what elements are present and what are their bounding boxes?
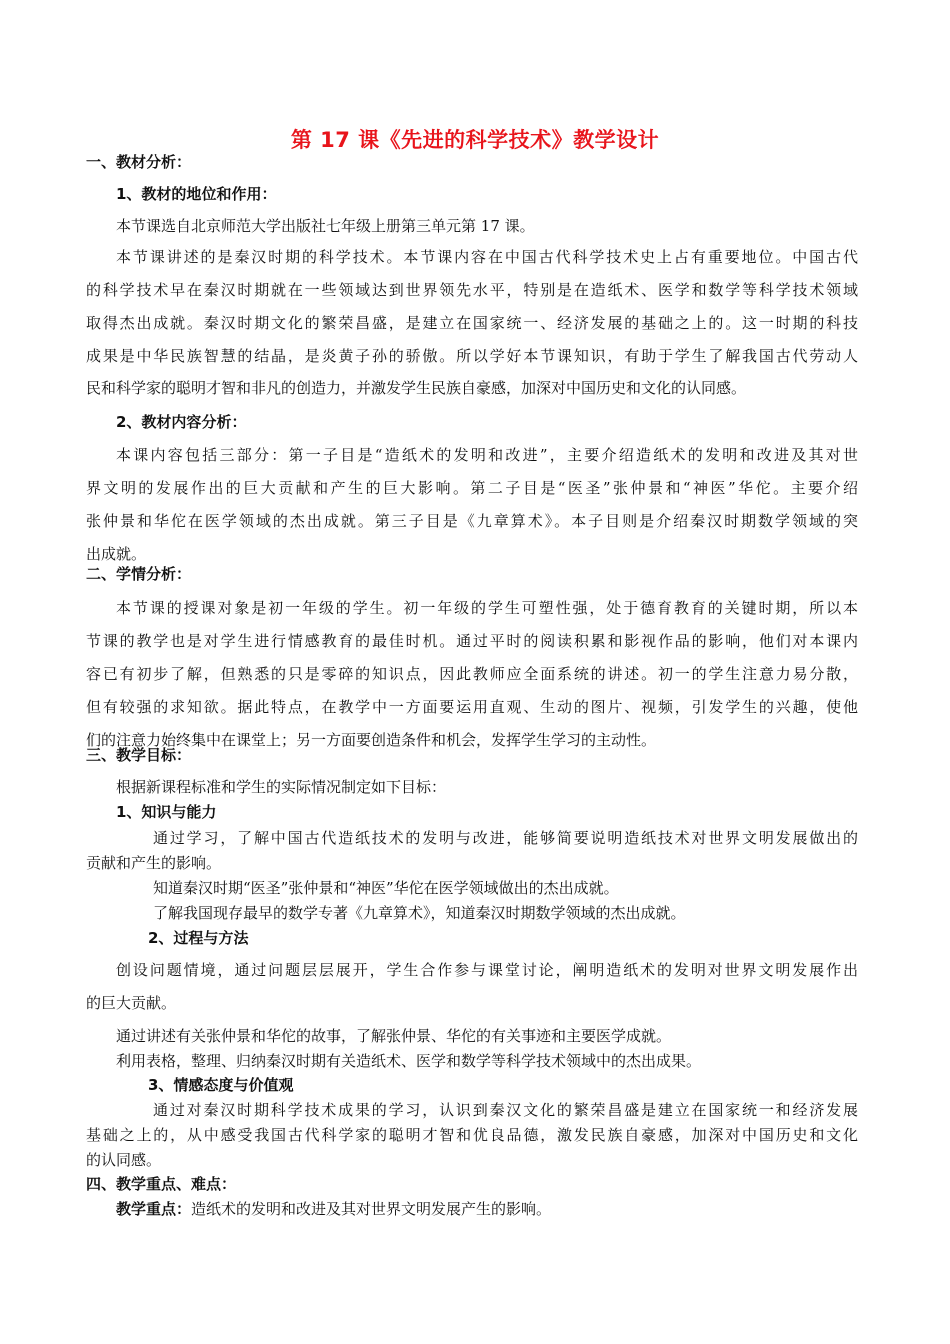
paragraph-line: 的科学技术早在秦汉时期就在一些领域达到世界领先水平，特别是在造纸术、医学和数学等… (86, 280, 858, 300)
paragraph-line: 创设问题情境，通过问题层层展开，学生合作参与课堂讨论，阐明造纸术的发明对世界文明… (116, 960, 858, 980)
paragraph-line: 通过讲述有关张仲景和华佗的故事，了解张仲景、华佗的有关事迹和主要医学成就。 (116, 1026, 671, 1046)
paragraph-line: 容已有初步了解，但熟悉的只是零碎的知识点，因此教师应全面系统的讲述。初一的学生注… (86, 664, 858, 684)
paragraph-line: 的巨大贡献。 (86, 993, 176, 1013)
paragraph-line: 但有较强的求知欲。据此特点，在教学中一方面要运用直观、生动的图片、视频，引发学生… (86, 697, 858, 717)
document-title: 第 17 课《先进的科学技术》教学设计 (0, 124, 950, 154)
paragraph-line: 贡献和产生的影响。 (86, 853, 221, 873)
paragraph-line: 基础之上的，从中感受我国古代科学家的聪明才智和优良品德，激发民族自豪感，加深对中… (86, 1125, 858, 1145)
key-point-line: 教学重点：造纸术的发明和改进及其对世界文明发展产生的影响。 (116, 1199, 551, 1219)
paragraph: 本节课选自北京师范大学出版社七年级上册第三单元第 17 课。 (116, 216, 535, 236)
key-point-label: 教学重点： (116, 1200, 191, 1218)
paragraph-line: 节课的教学也是对学生进行情感教育的最佳时机。通过平时的阅读积累和影视作品的影响，… (86, 631, 858, 651)
section-heading-1: 一、教材分析： (86, 152, 191, 172)
section-heading-4: 四、教学重点、难点： (86, 1174, 236, 1194)
paragraph-line: 通过对秦汉时期科学技术成果的学习，认识到秦汉文化的繁荣昌盛是建立在国家统一和经济… (153, 1100, 858, 1120)
paragraph-line: 民和科学家的聪明才智和非凡的创造力，并激发学生民族自豪感，加深对中国历史和文化的… (86, 378, 746, 398)
paragraph-line: 本节课的授课对象是初一年级的学生。初一年级的学生可塑性强，处于德育教育的关键时期… (116, 598, 858, 618)
paragraph-line: 通过学习，了解中国古代造纸技术的发明与改进，能够简要说明造纸技术对世界文明发展做… (153, 828, 858, 848)
paragraph-line: 利用表格，整理、归纳秦汉时期有关造纸术、医学和数学等科学技术领域中的杰出成果。 (116, 1051, 701, 1071)
section-heading-2: 二、学情分析： (86, 564, 191, 584)
paragraph-line: 成果是中华民族智慧的结晶，是炎黄子孙的骄傲。所以学好本节课知识，有助于学生了解我… (86, 346, 858, 366)
paragraph-line: 知道秦汉时期“医圣”张仲景和“神医”华佗在医学领域做出的杰出成就。 (153, 878, 619, 898)
section-heading-3: 三、教学目标： (86, 745, 191, 765)
paragraph-line: 出成就。 (86, 544, 146, 564)
paragraph-line: 本节课讲述的是秦汉时期的科学技术。本节课内容在中国古代科学技术史上占有重要地位。… (116, 247, 858, 267)
subsection-heading-3-1: 1、知识与能力 (116, 802, 216, 822)
paragraph: 根据新课程标准和学生的实际情况制定如下目标： (116, 777, 446, 797)
paragraph-line: 张仲景和华佗在医学领域的杰出成就。第三子目是《九章算术》。本子目则是介绍秦汉时期… (86, 511, 858, 531)
subsection-heading-3-3: 3、情感态度与价值观 (148, 1075, 293, 1095)
key-point-text: 造纸术的发明和改进及其对世界文明发展产生的影响。 (191, 1200, 551, 1218)
paragraph-line: 了解我国现存最早的数学专著《九章算术》，知道秦汉时期数学领域的杰出成就。 (153, 903, 686, 923)
subsection-heading-1-1: 1、教材的地位和作用： (116, 184, 276, 204)
paragraph-line: 界文明的发展作出的巨大贡献和产生的巨大影响。第二子目是“医圣”张仲景和“神医”华… (86, 478, 858, 498)
paragraph-line: 本课内容包括三部分：第一子目是“造纸术的发明和改进”，主要介绍造纸术的发明和改进… (116, 445, 858, 465)
document-page: 第 17 课《先进的科学技术》教学设计 一、教材分析： 1、教材的地位和作用： … (0, 0, 950, 1344)
paragraph-line: 取得杰出成就。秦汉时期文化的繁荣昌盛，是建立在国家统一、经济发展的基础之上的。这… (86, 313, 858, 333)
subsection-heading-3-2: 2、过程与方法 (148, 928, 248, 948)
paragraph-line: 的认同感。 (86, 1150, 161, 1170)
subsection-heading-1-2: 2、教材内容分析： (116, 412, 246, 432)
